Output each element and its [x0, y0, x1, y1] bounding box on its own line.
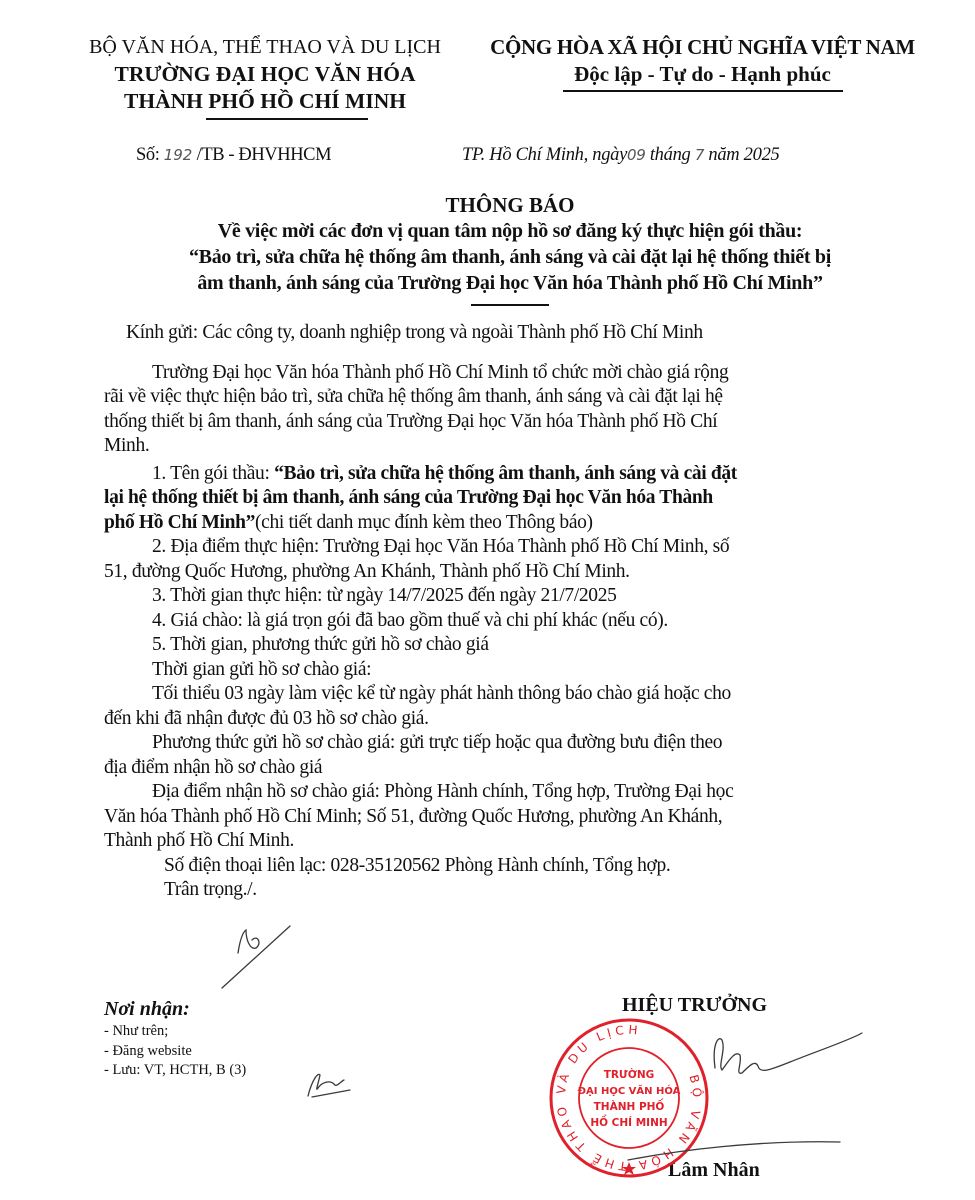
- svg-text:TRƯỜNG: TRƯỜNG: [604, 1068, 655, 1081]
- item-4: 4. Giá chào: là giá trọn gói đã bao gồm …: [104, 609, 916, 634]
- subject-line: Về việc mời các đơn vị quan tâm nộp hồ s…: [80, 218, 940, 244]
- national-motto: Độc lập - Tự do - Hạnh phúc: [470, 61, 935, 88]
- doc-number-prefix: Số:: [136, 145, 164, 165]
- issuer-header: BỘ VĂN HÓA, THỂ THAO VÀ DU LỊCH TRƯỜNG Đ…: [60, 34, 470, 120]
- package-name-part: lại hệ thống thiết bị âm thanh, ánh sáng…: [104, 486, 916, 511]
- item-2-line2: 51, đường Quốc Hương, phường An Khánh, T…: [104, 560, 916, 585]
- signer-title: HIỆU TRƯỞNG: [622, 994, 767, 1017]
- stamp-ring-text: BỘ VĂN HÓA THỂ THAO VÀ DU LỊCH: [546, 1015, 712, 1181]
- ministry-name: BỘ VĂN HÓA, THỂ THAO VÀ DU LỊCH: [60, 34, 470, 61]
- date-month: 7: [695, 146, 704, 164]
- subject-line: âm thanh, ánh sáng của Trường Đại học Vă…: [80, 270, 940, 296]
- place-line: Văn hóa Thành phố Hồ Chí Minh; Số 51, đư…: [104, 805, 916, 830]
- item-1-line3: phố Hồ Chí Minh”(chi tiết danh mục đính …: [104, 511, 916, 536]
- doc-number-suffix: /TB - ĐHVHHCM: [192, 145, 331, 165]
- intro-line: thống thiết bị âm thanh, ánh sáng của Tr…: [104, 410, 916, 435]
- package-name-part: phố Hồ Chí Minh”: [104, 512, 255, 533]
- document-body: Kính gửi: Các công ty, doanh nghiệp tron…: [104, 321, 916, 903]
- intro-line: Minh.: [104, 434, 916, 459]
- item-1-label: 1. Tên gói thầu:: [152, 463, 274, 484]
- submit-time-label: Thời gian gửi hồ sơ chào giá:: [104, 658, 916, 683]
- header-right-underline: [563, 90, 843, 92]
- recipients-block: Nơi nhận: - Như trên; - Đăng website - L…: [104, 996, 246, 1081]
- recipient-item: - Như trên;: [104, 1022, 246, 1042]
- document-date: TP. Hồ Chí Minh, ngày09 tháng 7 năm 2025: [462, 145, 779, 166]
- national-header: CỘNG HÒA XÃ HỘI CHỦ NGHĨA VIỆT NAM Độc l…: [470, 34, 935, 92]
- submit-time-line: đến khi đã nhận được đủ 03 hồ sơ chào gi…: [104, 707, 916, 732]
- signature-stroke: [714, 1033, 862, 1073]
- place-line: Thành phố Hồ Chí Minh.: [104, 829, 916, 854]
- svg-text:THÀNH PHỐ: THÀNH PHỐ: [594, 1098, 665, 1113]
- package-name-part: “Bảo trì, sửa chữa hệ thống âm thanh, án…: [274, 463, 737, 484]
- method-line: địa điểm nhận hồ sơ chào giá: [104, 756, 916, 781]
- school-name-line1: TRƯỜNG ĐẠI HỌC VĂN HÓA: [60, 61, 470, 88]
- document-type: THÔNG BÁO: [80, 192, 940, 218]
- svg-text:ĐẠI HỌC VĂN HÓA: ĐẠI HỌC VĂN HÓA: [578, 1084, 681, 1097]
- place-line: Địa điểm nhận hồ sơ chào giá: Phòng Hành…: [104, 780, 916, 805]
- submit-time-line: Tối thiểu 03 ngày làm việc kể từ ngày ph…: [104, 682, 916, 707]
- date-prefix: TP. Hồ Chí Minh, ngày: [462, 145, 627, 165]
- nation-name: CỘNG HÒA XÃ HỘI CHỦ NGHĨA VIỆT NAM: [470, 34, 935, 61]
- header-left-underline: [206, 118, 368, 120]
- intro-line: rãi về việc thực hiện bảo trì, sửa chữa …: [104, 385, 916, 410]
- svg-text:HỒ CHÍ MINH: HỒ CHÍ MINH: [590, 1114, 667, 1129]
- item-3: 3. Thời gian thực hiện: từ ngày 14/7/202…: [104, 584, 916, 609]
- item-5: 5. Thời gian, phương thức gửi hồ sơ chào…: [104, 633, 916, 658]
- official-seal-stamp: BỘ VĂN HÓA THỂ THAO VÀ DU LỊCH TRƯỜNG ĐẠ…: [546, 1015, 712, 1181]
- recipient-item: - Lưu: VT, HCTH, B (3): [104, 1061, 246, 1081]
- date-day: 09: [627, 146, 646, 164]
- date-year: năm 2025: [704, 145, 779, 165]
- doc-number-handwritten: 192: [164, 146, 193, 164]
- initial-mark-icon: [222, 926, 290, 988]
- date-month-label: tháng: [646, 145, 695, 165]
- document-number: Số: 192 /TB - ĐHVHHCM: [136, 145, 331, 166]
- item-2-line1: 2. Địa điểm thực hiện: Trường Đại học Vă…: [104, 535, 916, 560]
- subject-line: “Bảo trì, sửa chữa hệ thống âm thanh, án…: [80, 244, 940, 270]
- salutation: Kính gửi: Các công ty, doanh nghiệp tron…: [104, 321, 916, 346]
- closing: Trân trọng./.: [104, 878, 916, 903]
- school-name-line2: THÀNH PHỐ HỒ CHÍ MINH: [60, 88, 470, 115]
- title-underline: [471, 304, 549, 306]
- contact-phone: Số điện thoại liên lạc: 028-35120562 Phò…: [104, 854, 916, 879]
- recipient-item: - Đăng website: [104, 1042, 246, 1062]
- item-1-note: (chi tiết danh mục đính kèm theo Thông b…: [255, 512, 593, 533]
- initial-mark-icon: [308, 1074, 350, 1097]
- intro-line: Trường Đại học Văn hóa Thành phố Hồ Chí …: [104, 361, 916, 386]
- stamp-center-text: TRƯỜNG ĐẠI HỌC VĂN HÓA THÀNH PHỐ HỒ CHÍ …: [578, 1068, 681, 1129]
- recipients-heading: Nơi nhận:: [104, 996, 246, 1022]
- method-line: Phương thức gửi hồ sơ chào giá: gửi trực…: [104, 731, 916, 756]
- item-1-line1: 1. Tên gói thầu: “Bảo trì, sửa chữa hệ t…: [104, 462, 916, 487]
- document-title-block: THÔNG BÁO Về việc mời các đơn vị quan tâ…: [80, 192, 940, 306]
